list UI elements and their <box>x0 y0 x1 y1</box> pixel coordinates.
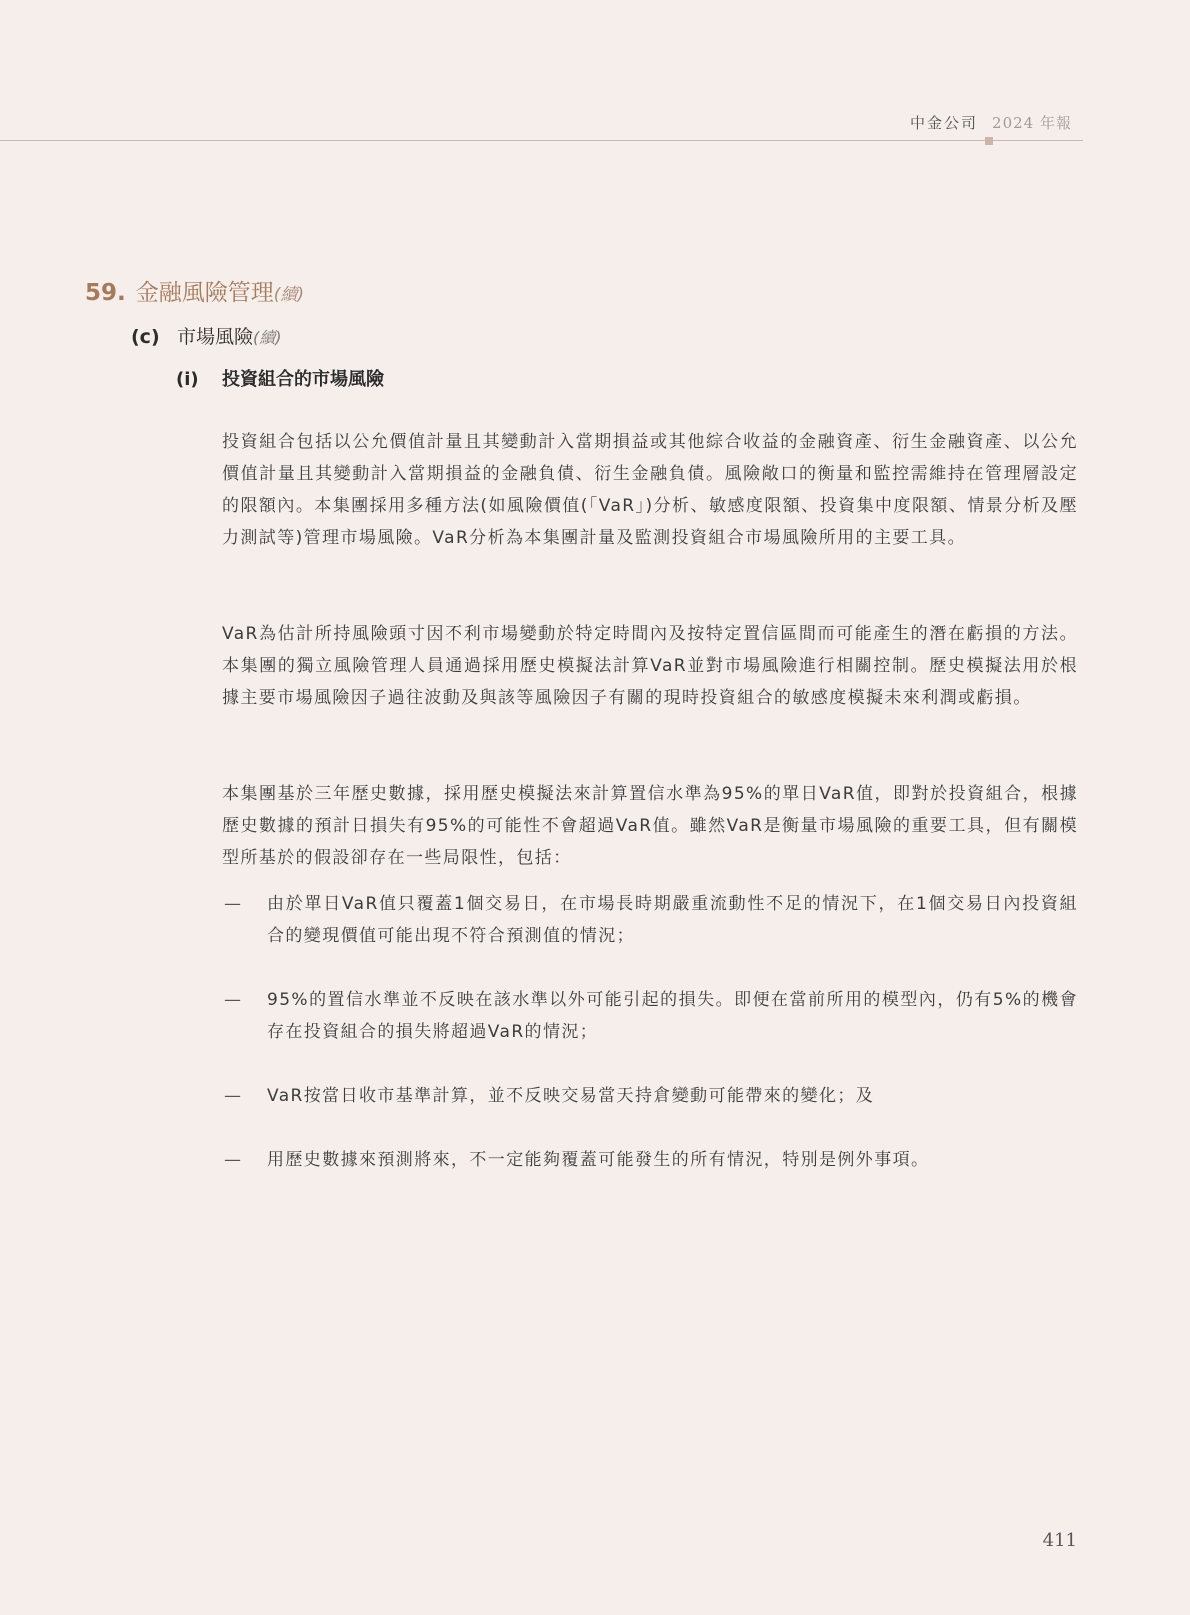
page-header: 中金公司2024 年報 <box>0 0 1190 150</box>
subsection-continued: (續) <box>253 328 282 347</box>
list-item-text: VaR按當日收市基準計算，並不反映交易當天持倉變動可能帶來的變化；及 <box>267 1080 1078 1112</box>
dash-bullet-icon: — <box>224 1144 240 1176</box>
section-number: 59. <box>85 280 126 306</box>
header-report-year: 2024 年報 <box>992 114 1072 132</box>
header-square-marker-icon <box>985 137 993 145</box>
section-title: 金融風險管理 <box>136 280 274 306</box>
item-heading: (i)投資組合的市場風險 <box>176 367 384 393</box>
section-heading: 59.金融風險管理(續) <box>85 278 304 310</box>
paragraph-portfolio-definition: 投資組合包括以公允價值計量且其變動計入當期損益或其他綜合收益的金融資產、衍生金融… <box>222 426 1078 554</box>
paragraph-var-limitations-intro: 本集團基於三年歷史數據，採用歷史模擬法來計算置信水準為95%的單日VaR值，即對… <box>222 778 1078 874</box>
header-company: 中金公司 <box>910 114 978 132</box>
section-continued: (續) <box>274 285 304 305</box>
header-title: 中金公司2024 年報 <box>910 113 1072 133</box>
dash-bullet-icon: — <box>224 1080 240 1112</box>
subsection-title: 市場風險 <box>177 326 253 348</box>
dash-bullet-icon: — <box>224 888 240 920</box>
paragraph-var-definition: VaR為估計所持風險頭寸因不利市場變動於特定時間內及按特定置信區間而可能產生的潛… <box>222 618 1078 714</box>
subsection-marker: (c) <box>131 324 177 350</box>
list-item-text: 用歷史數據來預測將來，不一定能夠覆蓋可能發生的所有情況，特別是例外事項。 <box>267 1144 1078 1176</box>
item-marker: (i) <box>176 367 222 393</box>
dash-bullet-icon: — <box>224 984 240 1016</box>
list-item-text: 由於單日VaR值只覆蓋1個交易日，在市場長時期嚴重流動性不足的情況下，在1個交易… <box>267 888 1078 952</box>
page-number: 411 <box>1043 1530 1077 1551</box>
item-title: 投資組合的市場風險 <box>222 369 384 390</box>
list-item-text: 95%的置信水準並不反映在該水準以外可能引起的損失。即便在當前所用的模型內，仍有… <box>267 984 1078 1048</box>
subsection-heading: (c)市場風險(續) <box>131 324 282 351</box>
header-divider <box>0 140 1083 141</box>
